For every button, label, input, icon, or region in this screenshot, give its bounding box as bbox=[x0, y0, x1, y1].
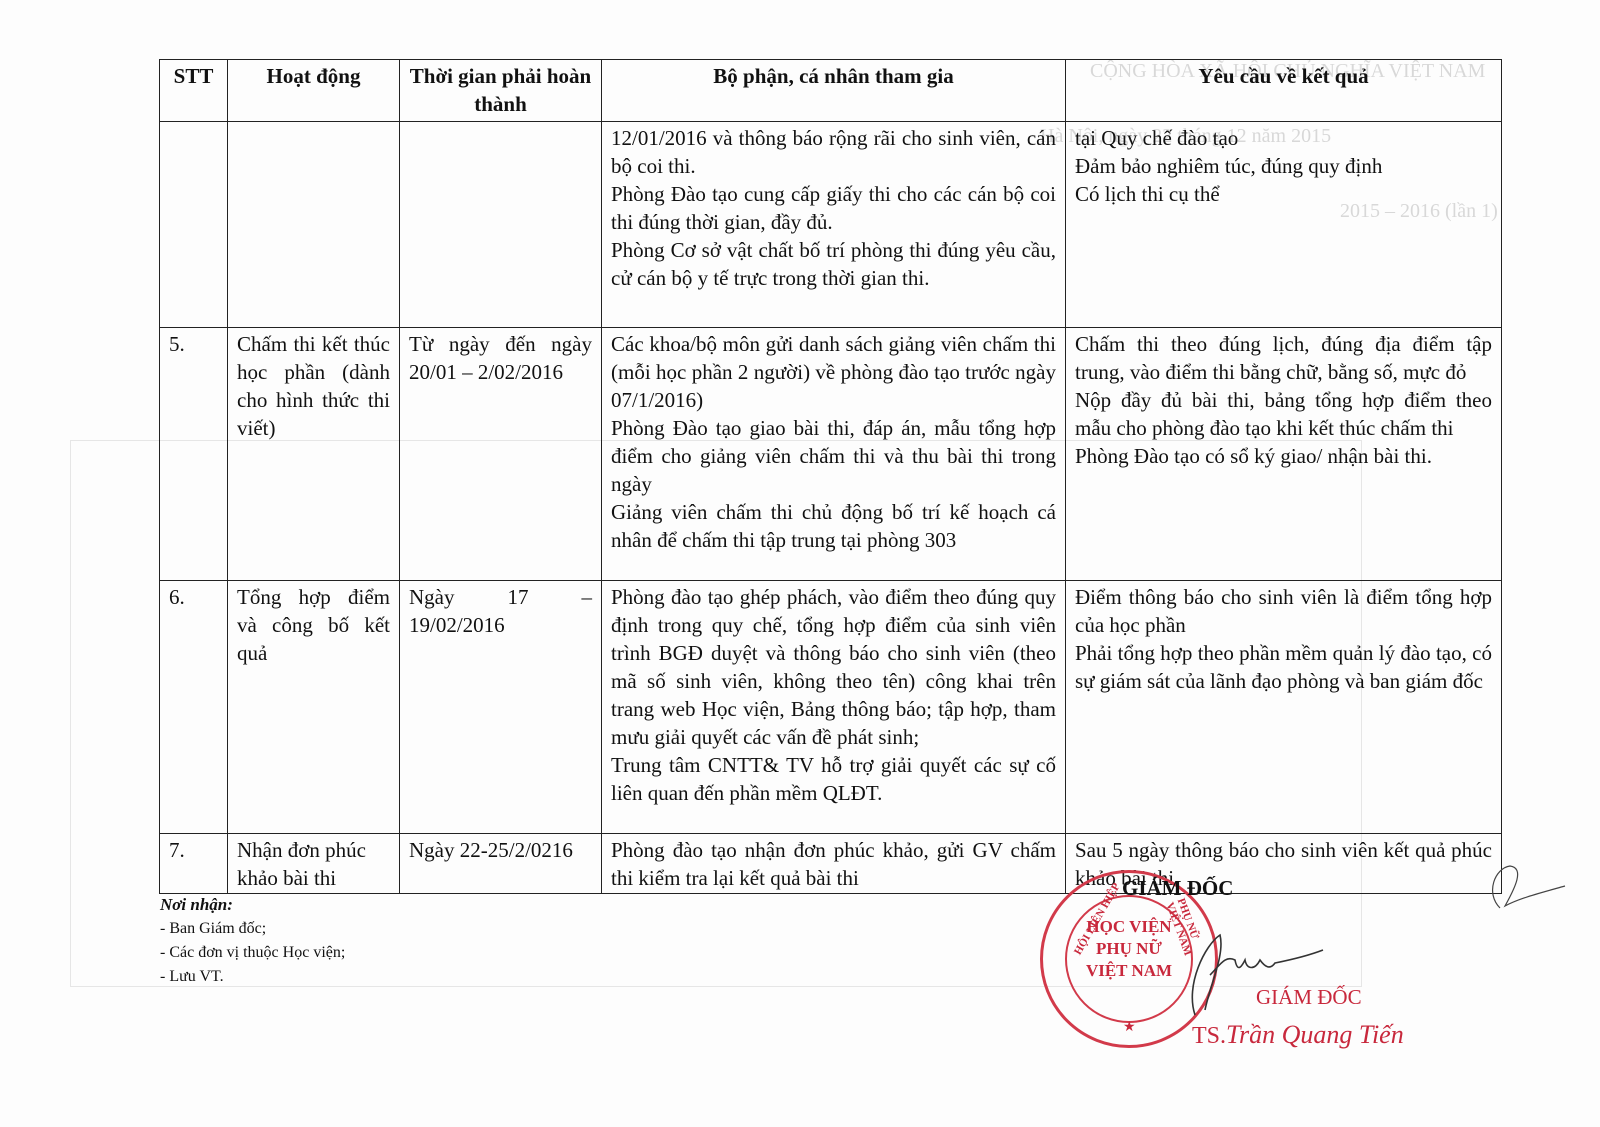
stt-cell: 7. bbox=[160, 834, 228, 894]
requirement-line: tại Quy chế đào tạo bbox=[1075, 124, 1492, 152]
activity-cell: Tổng hợp điểm và công bố kết quả bbox=[228, 581, 400, 834]
deadline-cell: Ngày 22-25/2/0216 bbox=[400, 834, 602, 894]
deadline-cell bbox=[400, 122, 602, 328]
deadline-cell: Từ ngày đến ngày 20/01 – 2/02/2016 bbox=[400, 328, 602, 581]
participants-cell: Phòng đào tạo ghép phách, vào điểm theo … bbox=[602, 581, 1066, 834]
name-prefix: TS. bbox=[1192, 1023, 1226, 1049]
initial-mark bbox=[1480, 858, 1570, 918]
recipient-item: - Lưu VT. bbox=[160, 965, 345, 989]
signer-title: GIÁM ĐỐC bbox=[1122, 876, 1233, 901]
header-requirements: Yêu cầu về kết quả bbox=[1066, 60, 1502, 122]
stt-cell: 5. bbox=[160, 328, 228, 581]
requirement-line: Đảm bảo nghiêm túc, đúng quy định bbox=[1075, 152, 1492, 180]
participants-cell: 12/01/2016 và thông báo rộng rãi cho sin… bbox=[602, 122, 1066, 328]
header-participants: Bộ phận, cá nhân tham gia bbox=[602, 60, 1066, 122]
requirements-cell: Chấm thi theo đúng lịch, đúng địa điểm t… bbox=[1066, 328, 1502, 581]
participant-line: Các khoa/bộ môn gửi danh sách giảng viên… bbox=[611, 330, 1056, 414]
requirements-cell: Điểm thông báo cho sinh viên là điểm tổn… bbox=[1066, 581, 1502, 834]
participant-line: Phòng đào tạo nhận đơn phúc khảo, gửi GV… bbox=[611, 836, 1056, 892]
deadline-cell: Ngày 17 – 19/02/2016 bbox=[400, 581, 602, 834]
recipient-item: - Ban Giám đốc; bbox=[160, 917, 345, 941]
stamped-signer-name: TS.Trần Quang Tiến bbox=[1192, 1020, 1404, 1050]
activity-cell: Nhận đơn phúc khảo bài thi bbox=[228, 834, 400, 894]
header-deadline: Thời gian phải hoàn thành bbox=[400, 60, 602, 122]
stt-cell bbox=[160, 122, 228, 328]
requirement-line: Điểm thông báo cho sinh viên là điểm tổn… bbox=[1075, 583, 1492, 639]
activity-plan-table: STT Hoạt động Thời gian phải hoàn thành … bbox=[159, 59, 1502, 894]
recipients-block: Nơi nhận: - Ban Giám đốc; - Các đơn vị t… bbox=[160, 893, 345, 989]
requirements-cell: tại Quy chế đào tạo Đảm bảo nghiêm túc, … bbox=[1066, 122, 1502, 328]
stt-cell: 6. bbox=[160, 581, 228, 834]
table-row: 5. Chấm thi kết thúc học phần (dành cho … bbox=[160, 328, 1502, 581]
activity-cell: Chấm thi kết thúc học phần (dành cho hìn… bbox=[228, 328, 400, 581]
star-icon: ★ bbox=[1123, 1019, 1136, 1036]
participant-line: Phòng Đào tạo cung cấp giấy thi cho các … bbox=[611, 180, 1056, 236]
participants-cell: Các khoa/bộ môn gửi danh sách giảng viên… bbox=[602, 328, 1066, 581]
participant-line: Giảng viên chấm thi chủ động bố trí kế h… bbox=[611, 498, 1056, 554]
table-header-row: STT Hoạt động Thời gian phải hoàn thành … bbox=[160, 60, 1502, 122]
requirement-line: Chấm thi theo đúng lịch, đúng địa điểm t… bbox=[1075, 330, 1492, 386]
name-text: Trần Quang Tiến bbox=[1226, 1020, 1404, 1049]
participant-line: Phòng Cơ sở vật chất bố trí phòng thi đú… bbox=[611, 236, 1056, 292]
participant-line: 12/01/2016 và thông báo rộng rãi cho sin… bbox=[611, 124, 1056, 180]
requirement-line: Phòng Đào tạo có sổ ký giao/ nhận bài th… bbox=[1075, 442, 1492, 470]
participant-line: Phòng đào tạo ghép phách, vào điểm theo … bbox=[611, 583, 1056, 751]
participants-cell: Phòng đào tạo nhận đơn phúc khảo, gửi GV… bbox=[602, 834, 1066, 894]
participant-line: Phòng Đào tạo giao bài thi, đáp án, mẫu … bbox=[611, 414, 1056, 498]
header-activity: Hoạt động bbox=[228, 60, 400, 122]
header-stt: STT bbox=[160, 60, 228, 122]
stamped-signer-title: GIÁM ĐỐC bbox=[1256, 985, 1362, 1010]
table-row: 12/01/2016 và thông báo rộng rãi cho sin… bbox=[160, 122, 1502, 328]
requirement-line: Có lịch thi cụ thể bbox=[1075, 180, 1492, 208]
requirement-line: Nộp đầy đủ bài thi, bảng tổng hợp điểm t… bbox=[1075, 386, 1492, 442]
recipient-item: - Các đơn vị thuộc Học viện; bbox=[160, 941, 345, 965]
recipients-title: Nơi nhận: bbox=[160, 893, 345, 917]
participant-line: Trung tâm CNTT& TV hỗ trợ giải quyết các… bbox=[611, 751, 1056, 807]
table-row: 6. Tổng hợp điểm và công bố kết quả Ngày… bbox=[160, 581, 1502, 834]
table-row: 7. Nhận đơn phúc khảo bài thi Ngày 22-25… bbox=[160, 834, 1502, 894]
activity-cell bbox=[228, 122, 400, 328]
requirement-line: Phải tổng hợp theo phần mềm quản lý đào … bbox=[1075, 639, 1492, 695]
